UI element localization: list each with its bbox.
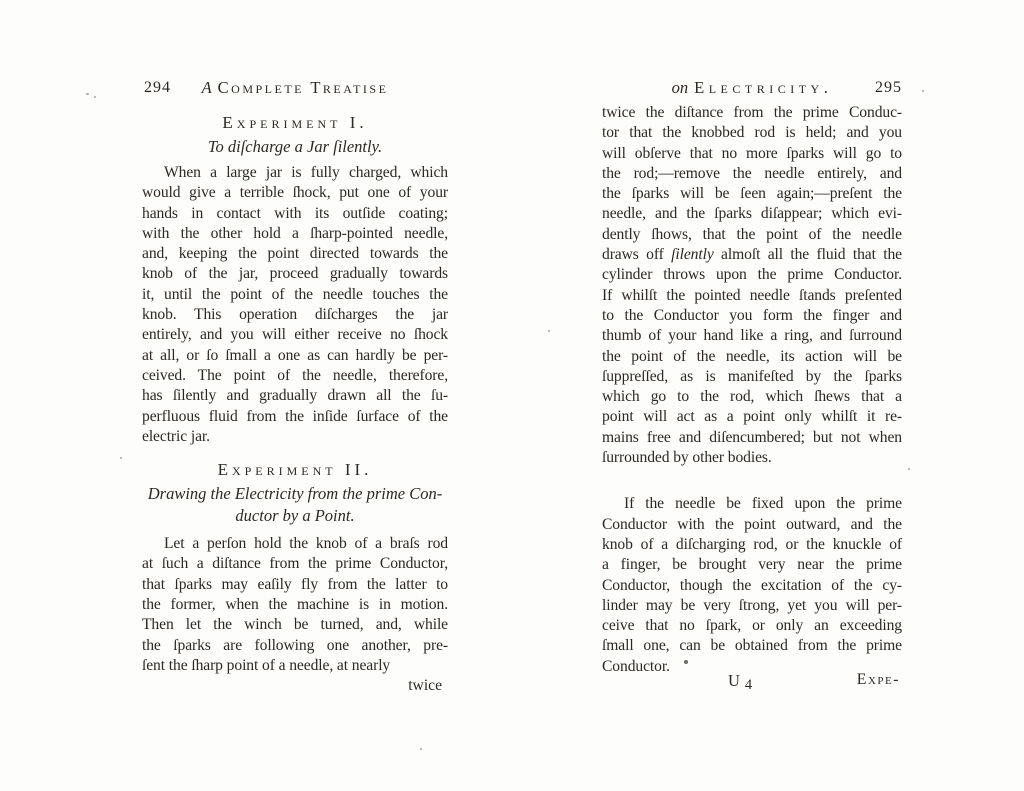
text-line: Conductor, though the excitation of the … <box>602 576 902 596</box>
text-line: ſuppreſſed, as is manifeſted by the ſpar… <box>602 367 902 387</box>
text-line: tor that the knobbed rod is held; and yo… <box>602 123 902 143</box>
signature-line: U4 Expe- <box>602 671 902 693</box>
text-line: ſmall one, can be obtained from the prim… <box>602 636 902 656</box>
text-line: and, keeping the point directed towards … <box>142 244 448 264</box>
text-line: Drawing the Electricity from the prime C… <box>142 483 448 505</box>
catchword-right: Expe- <box>857 671 900 689</box>
text-line: electric jar. <box>142 427 448 447</box>
text-line: needle, and the ſparks diſappear; which … <box>602 204 902 224</box>
text-line: entirely, and you will either receive no… <box>142 325 448 345</box>
text-line: the ſparks will be ſeen again;—preſent t… <box>602 184 902 204</box>
text-line: twice the diſtance from the prime Conduc… <box>602 103 902 123</box>
text-line: a finger, be brought very near the prime <box>602 555 902 575</box>
text-line: with the other hold a ſharp-pointed need… <box>142 224 448 244</box>
heading-experiment-2: Experiment II. <box>142 458 448 482</box>
text-line: ductor by a Point. <box>142 505 448 527</box>
signature-mark: U4 <box>728 671 752 691</box>
text-line: it, until the point of the needle touche… <box>142 285 448 305</box>
text-line: would give a terrible ſhock, put one of … <box>142 183 448 203</box>
text-line: the former, when the machine is in motio… <box>142 595 448 615</box>
text-line: knob. This operation diſcharges the jar <box>142 305 448 325</box>
text-line: mains free and diſencumbered; but not wh… <box>602 428 902 448</box>
text-line: If the needle be fixed upon the prime <box>602 494 902 514</box>
running-head-left: 294 AComplete Treatise <box>142 78 448 100</box>
book-scan-canvas: { "meta": { "paper_color": "#fdfdfc", "i… <box>0 0 1024 791</box>
text-line: ceived. The point of the needle, therefo… <box>142 366 448 386</box>
text-line: the rod;—remove the needle entirely, and <box>602 164 902 184</box>
text-line: that ſparks may eaſily fly from the latt… <box>142 575 448 595</box>
text-line: If whilſt the pointed needle ſtands preſ… <box>602 286 902 306</box>
text-line: perfluous fluid from the inſide ſurface … <box>142 407 448 427</box>
page-number-left: 294 <box>144 79 171 97</box>
text-line: which go to the rod, which ſhews that a <box>602 387 902 407</box>
running-title-text: Electricity. <box>694 78 832 97</box>
text-line: To diſcharge a Jar ſilently. <box>142 136 448 158</box>
running-title-prefix: on <box>672 78 689 97</box>
text-line: hands in contact with its outſide coatin… <box>142 204 448 224</box>
text-line: point will act as a point only whilſt it… <box>602 407 902 427</box>
text-line: draws off ſilently almoſt all the fluid … <box>602 245 902 265</box>
subtitle-experiment-2: Drawing the Electricity from the prime C… <box>142 483 448 527</box>
text-line: at ſuch a diſtance from the prime Conduc… <box>142 554 448 574</box>
text-line: has ſilently and gradually drawn all the… <box>142 386 448 406</box>
text-line: knob of a diſcharging rod, or the knuckl… <box>602 535 902 555</box>
text-line: the point of the needle, its action will… <box>602 347 902 367</box>
paragraph-experiment-2: Let a perſon hold the knob of a braſs ro… <box>142 534 448 676</box>
paragraph-needle-fixed: If the needle be fixed upon the primeCon… <box>602 494 902 677</box>
paragraph-experiment-1: When a large jar is fully charged, which… <box>142 163 448 447</box>
text-line: Then let the winch be turned, and, while <box>142 615 448 635</box>
running-title-left: AComplete Treatise <box>142 78 448 98</box>
running-title-prefix: A <box>202 78 212 97</box>
text-line: linder may be very ſtrong, yet you will … <box>602 596 902 616</box>
text-line: dently ſhows, that the point of the need… <box>602 225 902 245</box>
text-line: ſent the ſharp point of a needle, at nea… <box>142 656 448 676</box>
subtitle-experiment-1: To diſcharge a Jar ſilently. <box>142 136 448 158</box>
text-line: thumb of your hand like a ring, and ſurr… <box>602 326 902 346</box>
catchword-left: twice <box>142 676 448 696</box>
text-line: Let a perſon hold the knob of a braſs ro… <box>142 534 448 554</box>
heading-experiment-1: Experiment I. <box>142 111 448 135</box>
text-line: at all, or ſo ſmall a one as can hardly … <box>142 346 448 366</box>
text-line: ſurrounded by other bodies. <box>602 448 902 468</box>
text-line: to the Conductor you form the finger and <box>602 306 902 326</box>
text-line: will obſerve that no more ſparks will go… <box>602 144 902 164</box>
page-right: onElectricity. 295 twice the diſtance fr… <box>602 78 902 693</box>
text-line: the ſparks are following one another, pr… <box>142 636 448 656</box>
page-number-right: 295 <box>875 79 902 97</box>
page-left: 294 AComplete Treatise Experiment I. To … <box>142 78 448 696</box>
running-title-text: Complete Treatise <box>218 78 389 97</box>
running-head-right: onElectricity. 295 <box>602 78 902 100</box>
text-line: knob of the jar, proceed gradually towar… <box>142 264 448 284</box>
running-title-right: onElectricity. <box>602 78 902 98</box>
paragraph-continuation: twice the diſtance from the prime Conduc… <box>602 103 902 468</box>
text-line: Conductor with the point outward, and th… <box>602 515 902 535</box>
text-line: ceive that no ſpark, or only an exceedin… <box>602 616 902 636</box>
text-line: When a large jar is fully charged, which <box>142 163 448 183</box>
text-line: cylinder throws upon the prime Conductor… <box>602 265 902 285</box>
